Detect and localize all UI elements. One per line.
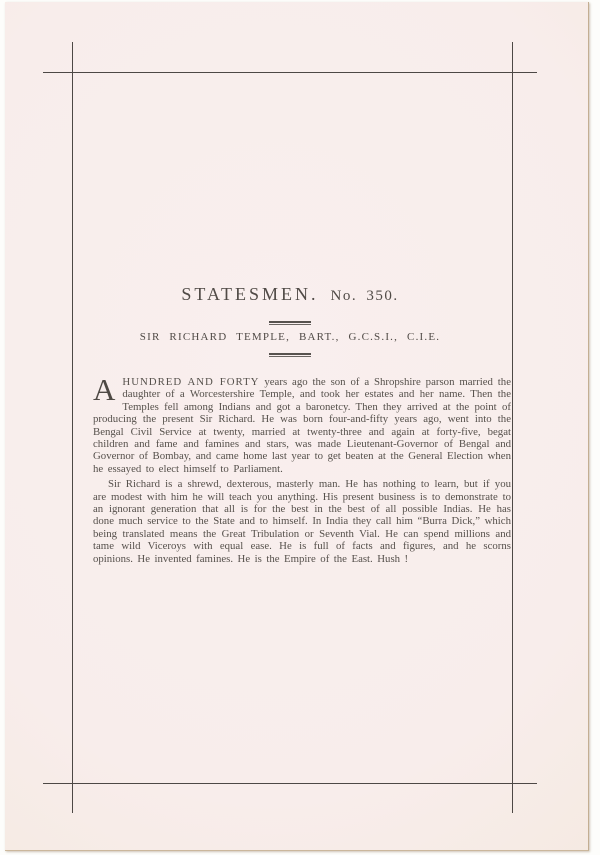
paragraph-2: Sir Richard is a shrewd, dexterous, mast… xyxy=(93,478,511,565)
page-title: STATESMEN.No. 350. xyxy=(43,284,537,305)
frame-rule-left xyxy=(72,42,73,813)
divider-lower xyxy=(43,353,537,357)
frame-rule-right xyxy=(512,42,513,813)
article-body: AHUNDRED AND FORTY years ago the son of … xyxy=(93,376,511,568)
title-block: STATESMEN.No. 350. xyxy=(43,284,537,305)
divider-upper-rule xyxy=(269,321,311,325)
frame-rule-bottom xyxy=(43,783,537,784)
frame-rule-top xyxy=(43,72,537,73)
series-title: STATESMEN. xyxy=(181,284,318,304)
drop-cap: A xyxy=(93,376,122,402)
paragraph-1: AHUNDRED AND FORTY years ago the son of … xyxy=(93,376,511,475)
divider-lower-rule xyxy=(269,353,311,357)
paragraph-1-text: years ago the son of a Shropshire parson… xyxy=(93,376,511,475)
document-page: STATESMEN.No. 350. SIR RICHARD TEMPLE, B… xyxy=(5,2,589,851)
series-number: No. 350. xyxy=(330,288,398,304)
page-subtitle: SIR RICHARD TEMPLE, BART., G.C.S.I., C.I… xyxy=(43,331,537,343)
lead-caps-text: HUNDRED AND FORTY xyxy=(122,376,259,388)
divider-upper xyxy=(43,321,537,325)
subtitle-block: SIR RICHARD TEMPLE, BART., G.C.S.I., C.I… xyxy=(43,331,537,343)
